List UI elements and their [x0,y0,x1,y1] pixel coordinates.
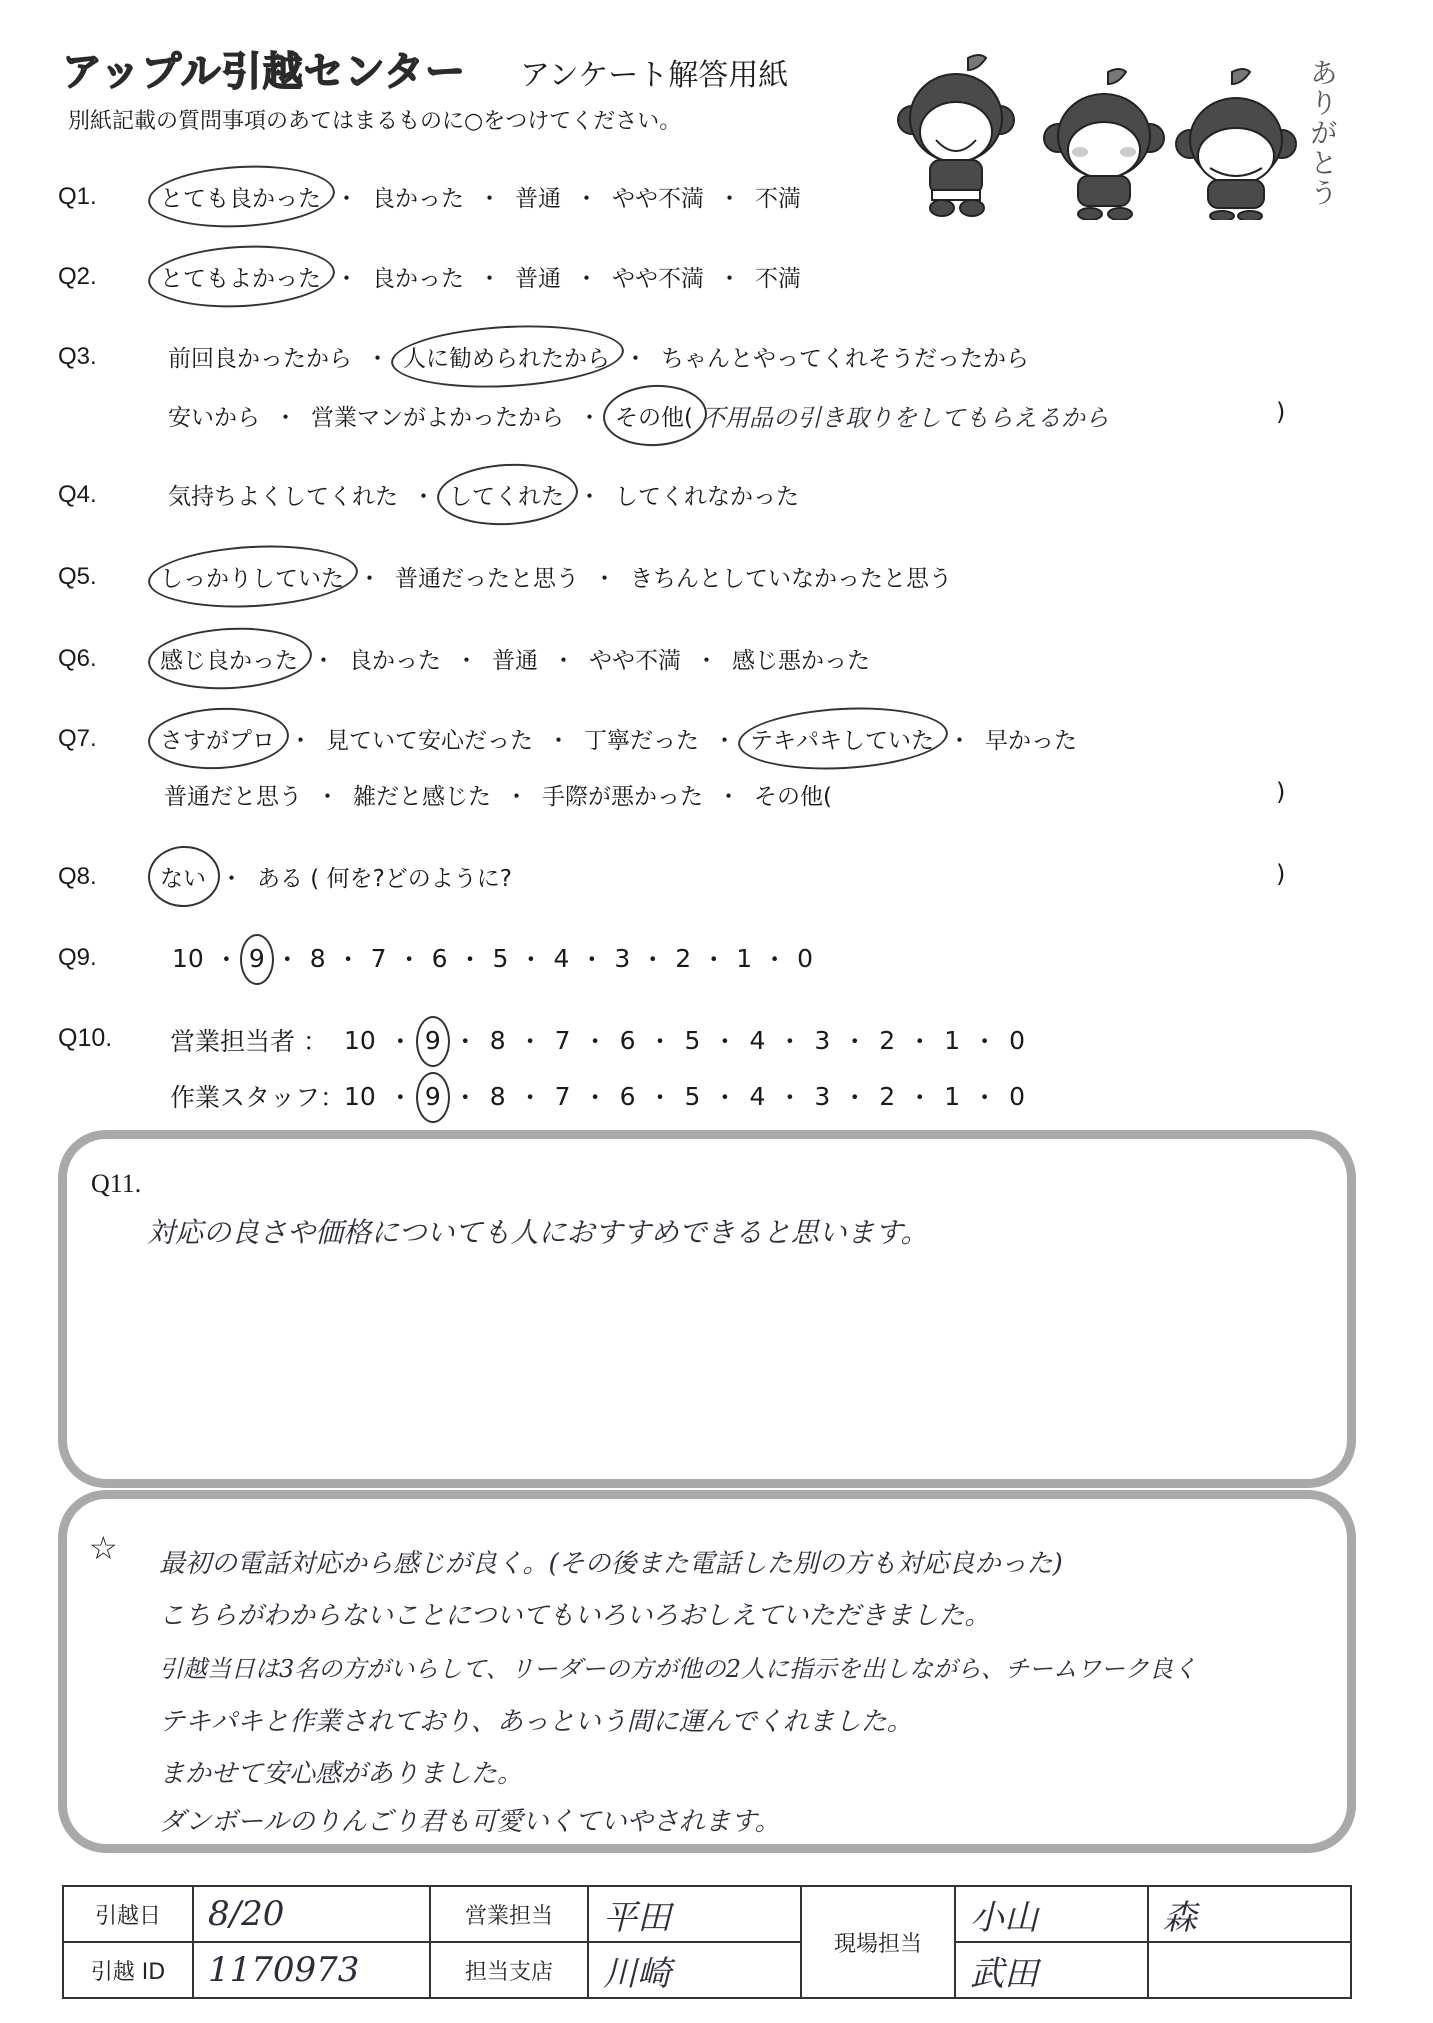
q11-label: Q11. [91,1169,141,1199]
question-q10-sales: 営業担当者 ： 10・ 9・ 8・ 7・ 6・ 5・ 4・ 3・ 2・ 1・ 0 [170,1022,1027,1058]
q10-sales-score-1[interactable]: 1 [942,1026,962,1055]
mascot-caption: ありがとう [1302,58,1342,208]
q9-score-0[interactable]: 0 [795,944,815,973]
q7-option-7[interactable]: 雑だと感じた [351,778,493,811]
site-rep-4[interactable] [1148,1942,1351,1998]
q10-staff-score-0[interactable]: 0 [1007,1082,1027,1111]
q7-option-5[interactable]: 早かった [983,722,1079,755]
q10-staff-score-8[interactable]: 8 [488,1082,508,1111]
instructions: 別紙記載の質問事項のあてはまるものに○をつけてください。 [68,104,681,135]
question-q5: Q5. しっかりしていた・ 普通だったと思う・ きちんとしていなかったと思う [58,560,954,593]
q10-staff-score-1[interactable]: 1 [942,1082,962,1111]
q10-sales-score-6[interactable]: 6 [618,1026,638,1055]
q3-option-other[interactable]: その他( [613,399,695,432]
q9-score-3[interactable]: 3 [612,944,632,973]
move-id-value[interactable]: 1170973 [193,1942,430,1998]
q8-close-paren: ) [1276,860,1285,888]
q7-option-4[interactable]: テキパキしていた [748,722,936,755]
branch-label: 担当支店 [430,1942,588,1998]
q10-staff-score-7[interactable]: 7 [553,1082,573,1111]
q3-label: Q3. [58,343,166,371]
question-q10-staff: 作業スタッフ： 10・ 9・ 8・ 7・ 6・ 5・ 4・ 3・ 2・ 1・ 0 [170,1078,1027,1114]
q2-option-4[interactable]: やや不満 [610,260,706,293]
q4-option-3[interactable]: してくれなかった [613,478,801,511]
q3-option-5[interactable]: 営業マンがよかったから [309,399,566,432]
q9-score-5[interactable]: 5 [491,944,511,973]
question-q3-row2: 安いから・ 営業マンがよかったから・ その他( 不用品の引き取りをしてもらえるか… [166,398,1109,433]
site-rep-2[interactable]: 森 [1148,1886,1351,1942]
comments-box[interactable]: ☆ 最初の電話対応から感じが良く。(その後また電話した別の方も対応良かった) こ… [58,1490,1356,1853]
q1-label: Q1. [58,183,158,211]
mascot-illustration [880,40,1300,220]
q9-score-10[interactable]: 10 [170,944,206,973]
q10-staff-score-2[interactable]: 2 [877,1082,897,1111]
q1-option-1[interactable]: とても良かった [158,180,323,213]
q10-sales-score-2[interactable]: 2 [877,1026,897,1055]
question-q6: Q6. 感じ良かった・ 良かった・ 普通・ やや不満・ 感じ悪かった [58,642,872,675]
q7-option-other[interactable]: その他( [752,778,834,811]
q9-score-7[interactable]: 7 [369,944,389,973]
q4-option-1[interactable]: 気持ちよくしてくれた [166,478,400,511]
comment-line-4[interactable]: テキパキと作業されており、あっという間に運んでくれました。 [159,1701,913,1738]
q10-sales-label: 営業担当者 ： [170,1022,342,1058]
q6-label: Q6. [58,645,158,673]
comment-line-3[interactable]: 引越当日は3名の方がいらして、リーダーの方が他の2人に指示を出しながら、チームワ… [159,1649,1197,1684]
q10-staff-score-6[interactable]: 6 [618,1082,638,1111]
q10-sales-score-0[interactable]: 0 [1007,1026,1027,1055]
comment-line-1[interactable]: 最初の電話対応から感じが良く。(その後また電話した別の方も対応良かった) [159,1543,1063,1580]
q10-staff-score-3[interactable]: 3 [812,1082,832,1111]
site-rep-3[interactable]: 武田 [955,1942,1148,1998]
question-q7-row1: Q7. さすがプロ・ 見ていて安心だった・ 丁寧だった・ テキパキしていた・ 早… [58,722,1079,755]
site-rep-label: 現場担当 [801,1886,955,1998]
q10-label: Q10. [58,1024,112,1053]
question-q3-row1: Q3. 前回良かったから・ 人に勧められたから・ ちゃんとやってくれそうだったか… [58,340,1031,373]
star-icon: ☆ [89,1529,118,1567]
q9-score-6[interactable]: 6 [430,944,450,973]
branch-value[interactable]: 川崎 [588,1942,801,1998]
q3-option-4[interactable]: 安いから [166,399,262,432]
q2-label: Q2. [58,263,158,291]
q5-option-2[interactable]: 普通だったと思う [393,560,581,593]
sales-rep-label: 営業担当 [430,1886,588,1942]
q3-option-2[interactable]: 人に勧められたから [401,340,612,373]
question-q9: Q9. 10・ 9・ 8・ 7・ 6・ 5・ 4・ 3・ 2・ 1・ 0 [58,940,815,976]
q10-sales-score-4[interactable]: 4 [747,1026,767,1055]
q4-option-2[interactable]: してくれた [447,478,566,511]
q2-option-3[interactable]: 普通 [513,260,563,293]
q1-option-5[interactable]: 不満 [753,180,803,213]
q5-label: Q5. [58,563,158,591]
q10-staff-label: 作業スタッフ： [170,1078,342,1114]
q6-option-3[interactable]: 普通 [490,642,540,675]
q10-staff-score-5[interactable]: 5 [683,1082,703,1111]
q10-staff-score-4[interactable]: 4 [747,1082,767,1111]
q10-sales-score-8[interactable]: 8 [488,1026,508,1055]
q1-option-3[interactable]: 普通 [513,180,563,213]
q2-option-2[interactable]: 良かった [370,260,466,293]
q8-option-2[interactable]: ある ( 何を?どのように? [255,860,514,893]
q1-option-2[interactable]: 良かった [370,180,466,213]
q6-option-1[interactable]: 感じ良かった [158,642,300,675]
move-date-label: 引越日 [63,1886,193,1942]
q7-option-8[interactable]: 手際が悪かった [540,778,705,811]
q11-answer-box[interactable]: Q11. 対応の良さや価格についても人におすすめできると思います。 [58,1130,1356,1488]
question-q4: Q4. 気持ちよくしてくれた・ してくれた・ してくれなかった [58,478,801,511]
question-q7-row2: 普通だと思う・ 雑だと感じた・ 手際が悪かった・ その他( [162,778,834,811]
q11-answer[interactable]: 対応の良さや価格についても人におすすめできると思います。 [147,1211,928,1251]
q9-score-8[interactable]: 8 [308,944,328,973]
q9-score-2[interactable]: 2 [673,944,693,973]
move-id-label: 引越 ID [63,1942,193,1998]
q7-option-1[interactable]: さすがプロ [158,722,277,755]
q10-sales-score-10[interactable]: 10 [342,1026,378,1055]
q9-score-1[interactable]: 1 [734,944,754,973]
q7-label: Q7. [58,725,158,753]
q7-option-6[interactable]: 普通だと思う [162,778,304,811]
form-title: アンケート解答用紙 [520,50,788,94]
q5-option-1[interactable]: しっかりしていた [158,560,346,593]
move-info-table: 引越日 8/20 営業担当 平田 現場担当 小山 森 引越 ID 1170973… [62,1885,1352,1999]
q3-option-3[interactable]: ちゃんとやってくれそうだったから [659,340,1031,373]
q3-other-answer[interactable]: 不用品の引き取りをしてもらえるから [701,398,1109,433]
sales-rep-value[interactable]: 平田 [588,1886,801,1942]
move-date-value[interactable]: 8/20 [193,1886,430,1942]
q10-sales-score-5[interactable]: 5 [683,1026,703,1055]
q7-close-paren: ) [1276,778,1285,806]
question-q2: Q2. とてもよかった・ 良かった・ 普通・ やや不満・ 不満 [58,260,803,293]
q8-label: Q8. [58,863,158,891]
q10-sales-score-7[interactable]: 7 [553,1026,573,1055]
q8-option-1[interactable]: ない [158,860,208,893]
question-q1: Q1. とても良かった・ 良かった・ 普通・ やや不満・ 不満 [58,180,803,213]
q3-option-1[interactable]: 前回良かったから [166,340,354,373]
company-title: アップル引越センター [62,40,466,97]
q3-close-paren: ) [1276,398,1285,426]
q10-staff-score-9[interactable]: 9 [423,1082,443,1111]
q9-score-9[interactable]: 9 [247,944,267,973]
comment-line-6[interactable]: ダンボールのりんごり君も可愛いくていやされます。 [159,1801,781,1838]
q9-score-4[interactable]: 4 [551,944,571,973]
q2-option-1[interactable]: とてもよかった [158,260,323,293]
q7-option-2[interactable]: 見ていて安心だった [324,722,535,755]
q2-option-5[interactable]: 不満 [753,260,803,293]
q10-sales-score-9[interactable]: 9 [423,1026,443,1055]
q9-label: Q9. [58,944,170,972]
q10-staff-score-10[interactable]: 10 [342,1082,378,1111]
q4-label: Q4. [58,481,166,509]
q5-option-3[interactable]: きちんとしていなかったと思う [628,560,954,593]
q6-option-5[interactable]: 感じ悪かった [730,642,872,675]
q7-option-3[interactable]: 丁寧だった [582,722,701,755]
comment-line-5[interactable]: まかせて安心感がありました。 [159,1753,523,1790]
q1-option-4[interactable]: やや不満 [610,180,706,213]
comment-line-2[interactable]: こちらがわからないことについてもいろいろおしえていただきました。 [159,1595,990,1632]
q6-option-2[interactable]: 良かった [347,642,443,675]
q6-option-4[interactable]: やや不満 [587,642,683,675]
q10-sales-score-3[interactable]: 3 [812,1026,832,1055]
site-rep-1[interactable]: 小山 [955,1886,1148,1942]
question-q8: Q8. ない・ ある ( 何を?どのように? [58,860,514,893]
